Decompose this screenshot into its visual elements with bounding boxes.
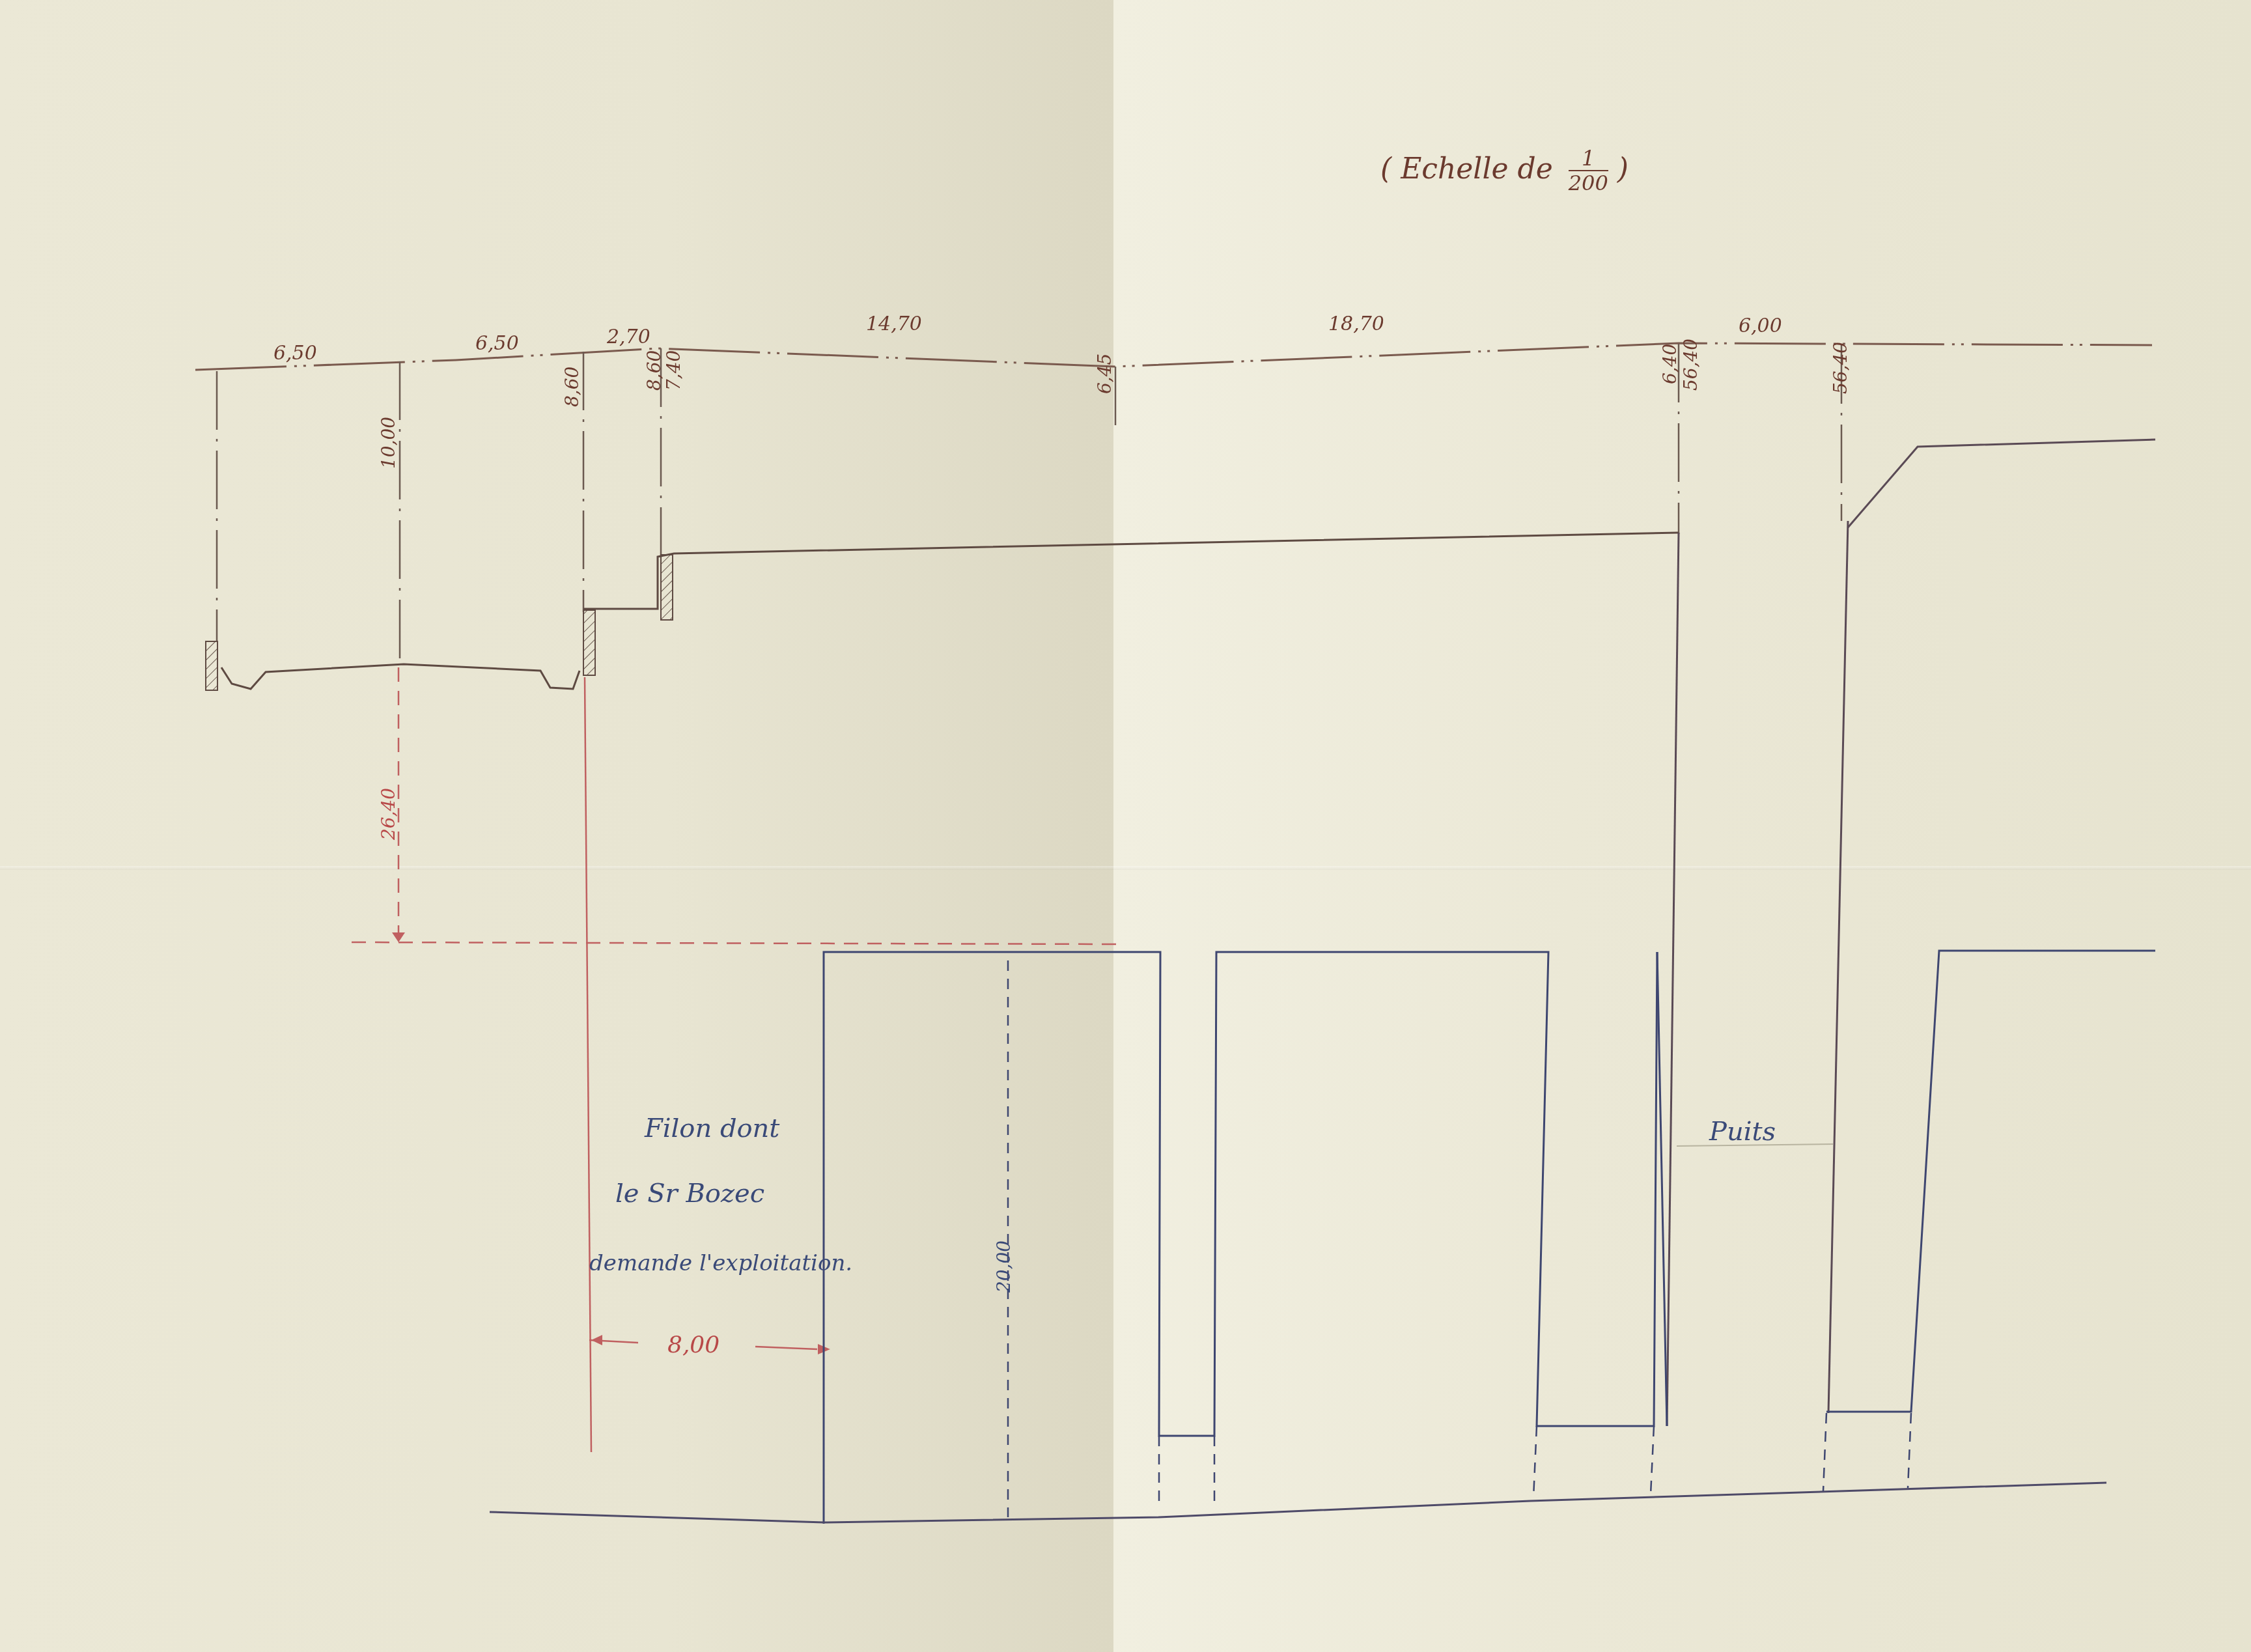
scale-denominator: 200 (1569, 171, 1608, 195)
vertical-dimension-label: 56,40 (1680, 339, 1701, 391)
dimension-label: 18,70 (1328, 313, 1384, 335)
vertical-dimension-label: 10,00 (378, 417, 399, 469)
depth-dimension-label: 26,40 (378, 788, 399, 840)
dimension-label: 6,00 (1739, 315, 1782, 337)
vertical-dimension-label: 7,40 (663, 350, 684, 391)
scale-fraction: 1 200 (1569, 147, 1608, 195)
red-arrowheads (392, 932, 830, 1354)
blue-dashed-lines (1008, 960, 1911, 1517)
scale-title: ( Echelle de 1 200 ) (1380, 147, 1629, 195)
vertical-reference-lines (217, 344, 1841, 664)
scale-label: Echelle de (1401, 152, 1553, 186)
vertical-dimension-label: 8,60 (643, 350, 665, 391)
shaft-walls (1667, 440, 2155, 1426)
road-profile (221, 533, 1679, 689)
vein-outlines (824, 951, 2155, 1524)
dimension-label: 6,50 (273, 342, 317, 365)
dimension-label: 2,70 (607, 326, 650, 348)
vertical-dimension-label: 56,40 (1830, 342, 1851, 394)
vertical-dimension-label: 6,45 (1094, 354, 1115, 394)
vein-note-line3: demande l'exploitation. (589, 1250, 852, 1276)
vein-note-line2: le Sr Bozec (615, 1179, 764, 1209)
hatched-walls (206, 555, 673, 690)
vertical-dimension-label: 6,40 (1659, 344, 1681, 384)
shaft-label: Puits (1709, 1117, 1776, 1147)
vein-height-label: 20,00 (993, 1240, 1014, 1293)
cross-section-drawing (0, 0, 2251, 1652)
dimension-label: 14,70 (866, 313, 922, 335)
vein-note-line1: Filon dont (645, 1113, 779, 1143)
scale-numerator: 1 (1569, 147, 1608, 171)
paper-sheet: ( Echelle de 1 200 ) 6,50 6,50 2,70 14,7… (0, 0, 2251, 1652)
bottom-ground-line (490, 1483, 2106, 1522)
dimension-label: 6,50 (475, 332, 519, 355)
width-dimension-label: 8,00 (667, 1332, 720, 1358)
red-dimension-lines (352, 667, 1120, 1452)
vertical-dimension-label: 8,60 (561, 367, 583, 407)
